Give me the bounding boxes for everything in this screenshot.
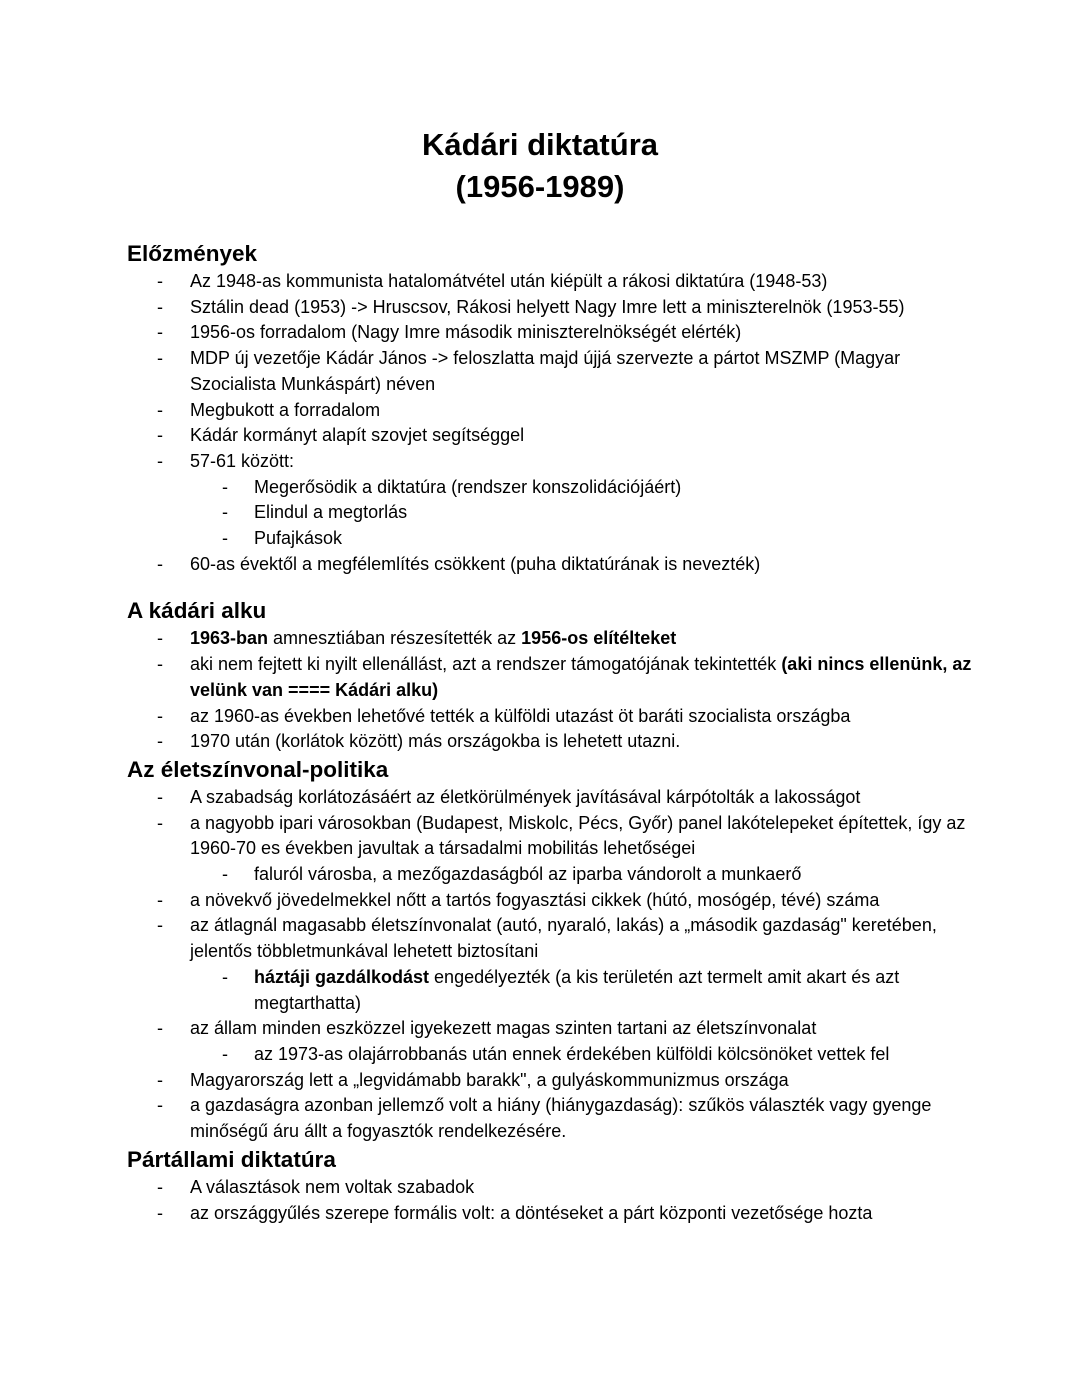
dash-bullet-icon: - (157, 398, 163, 424)
text: aki nem fejtett ki nyilt ellenállást, az… (190, 654, 781, 674)
sub-list-item: -Pufajkások (127, 526, 987, 552)
dash-bullet-icon: - (157, 449, 163, 475)
dash-bullet-icon: - (157, 423, 163, 449)
title-line-2: (1956-1989) (0, 166, 1080, 208)
text: Az 1948-as kommunista hatalomátvétel utá… (190, 271, 827, 291)
text: Magyarország lett a „legvidámabb barakk"… (190, 1070, 789, 1090)
dash-bullet-icon: - (157, 552, 163, 578)
dash-bullet-icon: - (222, 862, 228, 888)
list-item: -1956-os forradalom (Nagy Imre második m… (127, 320, 987, 346)
sub-list-item: -Megerősödik a diktatúra (rendszer konsz… (127, 475, 987, 501)
text: 57-61 között: (190, 451, 294, 471)
sub-list-item: -az 1973-as olajárrobbanás után ennek ér… (127, 1042, 987, 1068)
text: az állam minden eszközzel igyekezett mag… (190, 1018, 816, 1038)
list-item: -aki nem fejtett ki nyilt ellenállást, a… (127, 652, 987, 703)
section-partallami-diktatura: Pártállami diktatúra-A választások nem v… (127, 1145, 987, 1226)
section-heading: Pártállami diktatúra (127, 1145, 987, 1175)
text: 1956-os forradalom (Nagy Imre második mi… (190, 322, 741, 342)
document-title: Kádári diktatúra (1956-1989) (0, 124, 1080, 208)
sub-list-item: -háztáji gazdálkodást engedélyezték (a k… (127, 965, 987, 1016)
text: a növekvő jövedelmekkel nőtt a tartós fo… (190, 890, 879, 910)
dash-bullet-icon: - (157, 626, 163, 652)
bullet-list: -1963-ban amnesztiában részesítették az … (127, 626, 987, 755)
text: Sztálin dead (1953) -> Hruscsov, Rákosi … (190, 297, 904, 317)
list-item: -Sztálin dead (1953) -> Hruscsov, Rákosi… (127, 295, 987, 321)
list-item: -A választások nem voltak szabadok (127, 1175, 987, 1201)
dash-bullet-icon: - (157, 913, 163, 939)
text: az országgyűlés szerepe formális volt: a… (190, 1203, 872, 1223)
bold-text: 1956-os elítélteket (521, 628, 676, 648)
text: Elindul a megtorlás (254, 502, 407, 522)
dash-bullet-icon: - (157, 295, 163, 321)
text: az 1960-as években lehetővé tették a kül… (190, 706, 850, 726)
list-item: -1970 után (korlátok között) más országo… (127, 729, 987, 755)
dash-bullet-icon: - (157, 729, 163, 755)
section-az-eletszinvonal-politika: Az életszínvonal-politika-A szabadság ko… (127, 755, 987, 1145)
dash-bullet-icon: - (222, 475, 228, 501)
list-item: -Kádár kormányt alapít szovjet segítségg… (127, 423, 987, 449)
text: Kádár kormányt alapít szovjet segítségge… (190, 425, 524, 445)
dash-bullet-icon: - (222, 500, 228, 526)
list-item: -MDP új vezetője Kádár János -> feloszla… (127, 346, 987, 397)
section-heading: Az életszínvonal-politika (127, 755, 987, 785)
title-line-1: Kádári diktatúra (0, 124, 1080, 166)
list-item: -a nagyobb ipari városokban (Budapest, M… (127, 811, 987, 862)
list-item: -Megbukott a forradalom (127, 398, 987, 424)
list-item: -Magyarország lett a „legvidámabb barakk… (127, 1068, 987, 1094)
text: Pufajkások (254, 528, 342, 548)
list-item: -az állam minden eszközzel igyekezett ma… (127, 1016, 987, 1042)
dash-bullet-icon: - (157, 704, 163, 730)
section-elozmenyek: Előzmények-Az 1948-as kommunista hatalom… (127, 239, 987, 577)
dash-bullet-icon: - (222, 1042, 228, 1068)
bullet-list: -A szabadság korlátozásáért az életkörül… (127, 785, 987, 1145)
bold-text: 1963-ban (190, 628, 268, 648)
list-item: -az országgyűlés szerepe formális volt: … (127, 1201, 987, 1227)
dash-bullet-icon: - (157, 1016, 163, 1042)
sub-list-item: -Elindul a megtorlás (127, 500, 987, 526)
text: 1970 után (korlátok között) más országok… (190, 731, 680, 751)
text: faluról városba, a mezőgazdaságból az ip… (254, 864, 801, 884)
text: A szabadság korlátozásáért az életkörülm… (190, 787, 860, 807)
dash-bullet-icon: - (222, 526, 228, 552)
dash-bullet-icon: - (157, 346, 163, 372)
dash-bullet-icon: - (222, 965, 228, 991)
list-item: -az 1960-as években lehetővé tették a kü… (127, 704, 987, 730)
bullet-list: -Az 1948-as kommunista hatalomátvétel ut… (127, 269, 987, 577)
text: Megbukott a forradalom (190, 400, 380, 420)
document-page: Kádári diktatúra (1956-1989) Előzmények-… (0, 0, 1080, 1397)
dash-bullet-icon: - (157, 888, 163, 914)
section-heading: Előzmények (127, 239, 987, 269)
text: amnesztiában részesítették az (268, 628, 521, 648)
list-item: -A szabadság korlátozásáért az életkörül… (127, 785, 987, 811)
dash-bullet-icon: - (157, 1201, 163, 1227)
text: MDP új vezetője Kádár János -> feloszlat… (190, 348, 900, 394)
section-heading: A kádári alku (127, 596, 987, 626)
list-item: -57-61 között: (127, 449, 987, 475)
sub-list-item: -faluról városba, a mezőgazdaságból az i… (127, 862, 987, 888)
text: az átlagnál magasabb életszínvonalat (au… (190, 915, 937, 961)
list-item: -a gazdaságra azonban jellemző volt a hi… (127, 1093, 987, 1144)
bullet-list: -A választások nem voltak szabadok-az or… (127, 1175, 987, 1226)
dash-bullet-icon: - (157, 1068, 163, 1094)
text: a nagyobb ipari városokban (Budapest, Mi… (190, 813, 965, 859)
dash-bullet-icon: - (157, 1093, 163, 1119)
document-body: Előzmények-Az 1948-as kommunista hatalom… (127, 239, 987, 1226)
list-item: -az átlagnál magasabb életszínvonalat (a… (127, 913, 987, 964)
section-a-kadari-alku: A kádári alku-1963-ban amnesztiában rész… (127, 596, 987, 755)
list-item: -1963-ban amnesztiában részesítették az … (127, 626, 987, 652)
dash-bullet-icon: - (157, 652, 163, 678)
list-item: -Az 1948-as kommunista hatalomátvétel ut… (127, 269, 987, 295)
list-item: -60-as évektől a megfélemlítés csökkent … (127, 552, 987, 578)
text: a gazdaságra azonban jellemző volt a hiá… (190, 1095, 931, 1141)
dash-bullet-icon: - (157, 811, 163, 837)
list-item: -a növekvő jövedelmekkel nőtt a tartós f… (127, 888, 987, 914)
text: A választások nem voltak szabadok (190, 1177, 474, 1197)
text: az 1973-as olajárrobbanás után ennek érd… (254, 1044, 889, 1064)
text: Megerősödik a diktatúra (rendszer konszo… (254, 477, 681, 497)
dash-bullet-icon: - (157, 320, 163, 346)
dash-bullet-icon: - (157, 1175, 163, 1201)
dash-bullet-icon: - (157, 785, 163, 811)
dash-bullet-icon: - (157, 269, 163, 295)
text: 60-as évektől a megfélemlítés csökkent (… (190, 554, 760, 574)
bold-text: háztáji gazdálkodást (254, 967, 429, 987)
